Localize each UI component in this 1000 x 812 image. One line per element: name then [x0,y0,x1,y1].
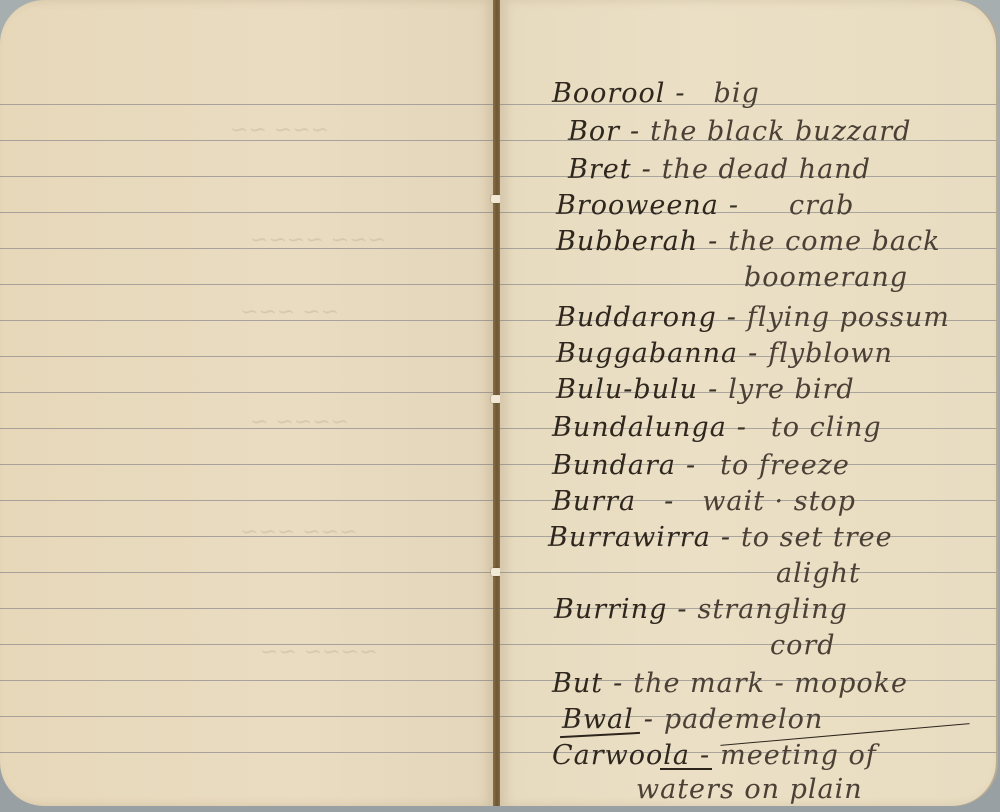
entry: Bret-the dead hand [568,152,871,188]
entry-meaning: flyblown [768,338,893,369]
entry-separator: - [686,450,696,481]
entry: Burrawirra-to set tree [548,520,893,556]
entry-separator: - [675,78,685,109]
ruled-line [0,716,494,717]
ruled-line [0,248,494,249]
entry-term: Boorool [552,78,665,109]
entry-separator: - [642,154,652,185]
entry: Bubberah-the come back [556,224,941,260]
ruled-line [0,752,494,753]
entry-separator: - [708,226,718,257]
entry-continuation: cord [770,628,836,664]
entry-meaning: to freeze [720,450,850,481]
entry-term: Bulu-bulu [556,374,698,405]
entry-meaning: to set tree [741,522,893,553]
glossary-entries: Boorool-big Bor-the black buzzard Bret-t… [500,0,996,806]
entry-term: Buddarong [556,302,717,333]
entry-continuation: boomerang [744,260,908,296]
bleed-through-mark: ~~~~ ~~ [260,640,378,665]
ruled-line [0,644,494,645]
entry: Boorool-big [552,76,760,112]
ruled-line [0,176,494,177]
entry-separator: - [613,668,623,699]
entry-continuation: waters on plain [636,772,863,806]
entry-meaning: strangling [697,594,847,625]
entry-meaning: pademelon [664,704,824,735]
entry-meaning: the dead hand [662,154,871,185]
right-page: Boorool-big Bor-the black buzzard Bret-t… [500,0,996,806]
ruled-line [0,428,494,429]
ruled-line [0,680,494,681]
entry: Bwal-pademelon [562,702,823,738]
entry-separator: - [729,190,739,221]
entry-meaning: wait · stop [702,486,856,517]
entry: Bulu-bulu-lyre bird [556,372,855,408]
entry-meaning: flying possum [747,302,950,333]
entry-separator: - [664,486,674,517]
ruled-line [0,212,494,213]
bleed-through-mark: ~~~~ ~ [250,410,349,435]
entry-separator: - [727,302,737,333]
entry-term: Burrawirra [548,522,711,553]
bleed-through-mark: ~~~ ~~~~ [250,228,386,253]
entry-term: Burring [554,594,667,625]
entry-term: Burra [552,486,636,517]
entry: Bor-the black buzzard [568,114,911,150]
underline-mark [660,768,712,770]
entry-term: Brooweena [556,190,719,221]
bleed-through-mark: ~~ ~~~ [240,300,339,325]
entry: Bundara-to freeze [552,448,850,484]
entry-term: Bundara [552,450,676,481]
entry-separator: - [737,412,747,443]
entry-continuation: alight [776,556,861,592]
ruled-line [0,104,494,105]
left-page: ~~~ ~~ ~~~ ~~~~ ~~ ~~~ ~~~~ ~ ~~~ ~~~ ~~… [0,0,494,806]
ruled-line [0,392,494,393]
entry-term: Bwal [562,704,634,735]
entry-separator: - [644,704,654,735]
notebook-scan: ~~~ ~~ ~~~ ~~~~ ~~ ~~~ ~~~~ ~ ~~~ ~~~ ~~… [0,0,1000,812]
ruled-line [0,356,494,357]
entry-term: Bret [568,154,632,185]
entry: Brooweena-crab [556,188,854,224]
entry: But-the mark - mopoke [552,666,908,702]
entry-meaning: meeting of [720,740,877,771]
entry-term: Bundalunga [552,412,727,443]
entry-meaning: big [714,78,760,109]
entry-separator: - [721,522,731,553]
entry-meaning: to cling [771,412,882,443]
ruled-line [0,500,494,501]
entry-term: Bubberah [556,226,698,257]
entry-term: Bor [568,116,620,147]
entry-separator: - [708,374,718,405]
ruled-line [0,284,494,285]
entry: Burra-wait · stop [552,484,856,520]
entry-meaning: lyre bird [728,374,854,405]
entry-term: Buggabanna [556,338,738,369]
entry: Buggabanna-flyblown [556,336,893,372]
entry-term: But [552,668,603,699]
entry: Buddarong-flying possum [556,300,950,336]
entry-meaning: the mark - mopoke [633,668,908,699]
entry: Burring-strangling [554,592,848,628]
entry: Carwoola-meeting of [552,738,877,774]
entry: Bundalunga-to cling [552,410,882,446]
entry-meaning: crab [789,190,854,221]
entry-separator: - [630,116,640,147]
entry-term: Carwoola [552,740,690,771]
ruled-line [0,572,494,573]
entry-separator: - [748,338,758,369]
entry-meaning: the come back [728,226,940,257]
entry-meaning: the black buzzard [650,116,911,147]
ruled-line [0,464,494,465]
bleed-through-mark: ~~~ ~~~ [240,520,358,545]
entry-separator: - [700,740,710,771]
ruled-line [0,608,494,609]
bleed-through-mark: ~~~ ~~ [230,118,329,143]
entry-separator: - [677,594,687,625]
